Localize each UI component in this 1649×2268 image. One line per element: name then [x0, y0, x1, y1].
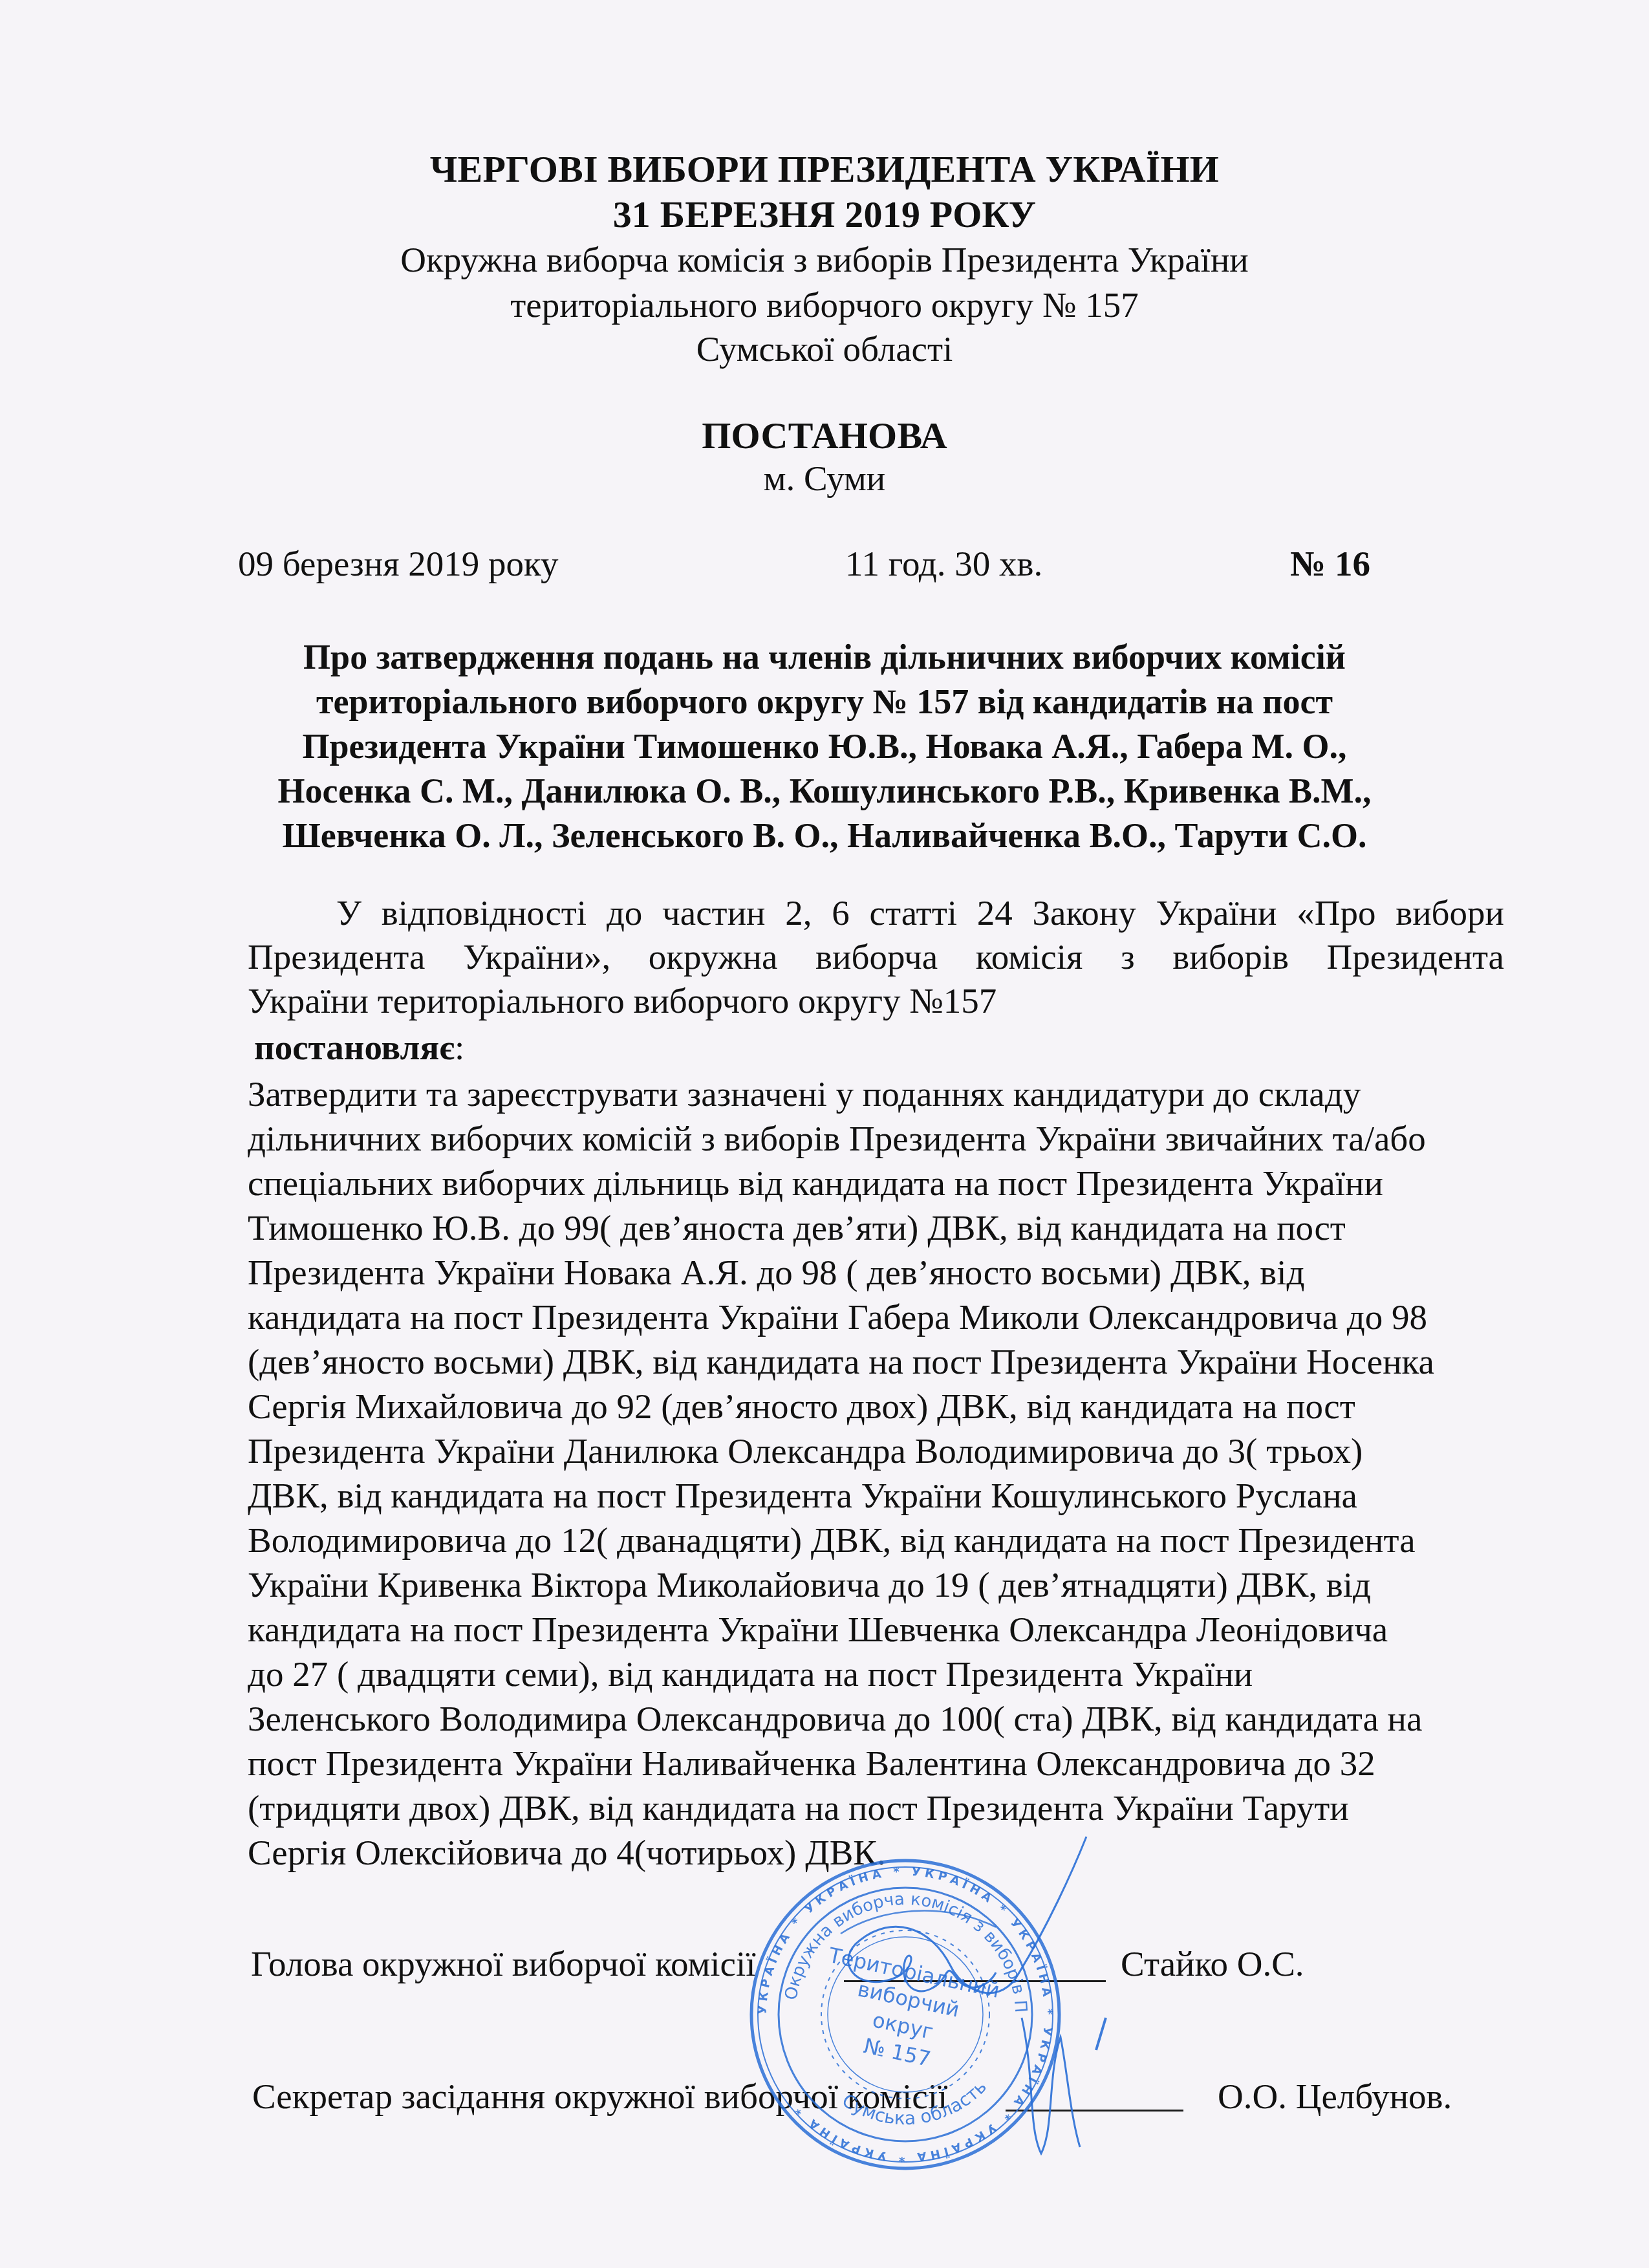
document-type: ПОСТАНОВА [0, 414, 1649, 457]
election-date: 31 БЕРЕЗНЯ 2019 РОКУ [0, 193, 1649, 236]
preamble-line: Президента України», окружна виборча ком… [248, 936, 1504, 977]
body-line: (тридцяти двох) ДВК, від кандидата на по… [248, 1787, 1349, 1828]
subject-line: територіального виборчого округу № 157 в… [0, 682, 1649, 722]
body-line: Володимировича до 12( дванадцяти) ДВК, в… [248, 1520, 1416, 1561]
commission-district: територіального виборчого округу № 157 [0, 285, 1649, 325]
document-page: ЧЕРГОВІ ВИБОРИ ПРЕЗИДЕНТА УКРАЇНИ 31 БЕР… [0, 0, 1649, 2268]
body-line: пост Президента України Наливайченка Вал… [248, 1743, 1375, 1784]
document-number: № 16 [1290, 543, 1370, 584]
body-line: до 27 ( двадцяти семи), від кандидата на… [248, 1654, 1253, 1694]
body-line: Зеленського Володимира Олександровича до… [248, 1698, 1422, 1739]
body-line: України Кривенка Віктора Миколайовича до… [248, 1564, 1371, 1605]
resolves-colon: : [455, 1028, 464, 1067]
svg-text:Сумська область: Сумська область [838, 2076, 991, 2129]
preamble-line: У відповідності до частин 2, 6 статті 24… [336, 892, 1504, 933]
body-line: Президента України Новака А.Я. до 98 ( д… [248, 1252, 1305, 1293]
document-date: 09 березня 2019 року [238, 543, 558, 584]
body-line: Сергія Михайловича до 92 (дев’яносто дво… [248, 1386, 1355, 1427]
body-line: Затвердити та зареєструвати зазначені у … [248, 1074, 1361, 1114]
body-line: дільничних виборчих комісій з виборів Пр… [248, 1118, 1426, 1159]
body-line: Президента України Данилюка Олександра В… [248, 1431, 1363, 1471]
secretary-name: О.О. Целбунов. [1218, 2076, 1452, 2117]
subject-line: Про затвердження подань на членів дільни… [0, 637, 1649, 677]
preamble-line: України територіального виборчого округу… [248, 980, 997, 1021]
chair-handwritten-signature-icon [802, 1830, 1164, 2024]
document-place: м. Суми [0, 458, 1649, 499]
subject-line: Шевченка О. Л., Зеленського В. О., Налив… [0, 815, 1649, 856]
body-line: кандидата на пост Президента України Шев… [248, 1609, 1388, 1650]
subject-line: Президента України Тимошенко Ю.В., Новак… [0, 726, 1649, 766]
body-line: (дев’яносто восьми) ДВК, від кандидата н… [248, 1341, 1434, 1382]
body-line: спеціальних виборчих дільниць від кандид… [248, 1163, 1383, 1204]
commission-region: Сумської області [0, 329, 1649, 369]
secretary-handwritten-signature-icon [1009, 1998, 1125, 2166]
resolves-label: постановляє [254, 1028, 455, 1067]
chair-label: Голова окружної виборчої комісії [251, 1943, 755, 1984]
election-title: ЧЕРГОВІ ВИБОРИ ПРЕЗИДЕНТА УКРАЇНИ [0, 147, 1649, 191]
body-line: ДВК, від кандидата на пост Президента Ук… [248, 1475, 1357, 1516]
body-line: Тимошенко Ю.В. до 99( дев’яноста дев’яти… [248, 1207, 1346, 1248]
subject-line: Носенка С. М., Данилюка О. В., Кошулинсь… [0, 771, 1649, 811]
document-time: 11 год. 30 хв. [845, 543, 1042, 584]
commission-name: Окружна виборча комісія з виборів Презид… [0, 239, 1649, 280]
body-line: кандидата на пост Президента України Габ… [248, 1297, 1427, 1337]
